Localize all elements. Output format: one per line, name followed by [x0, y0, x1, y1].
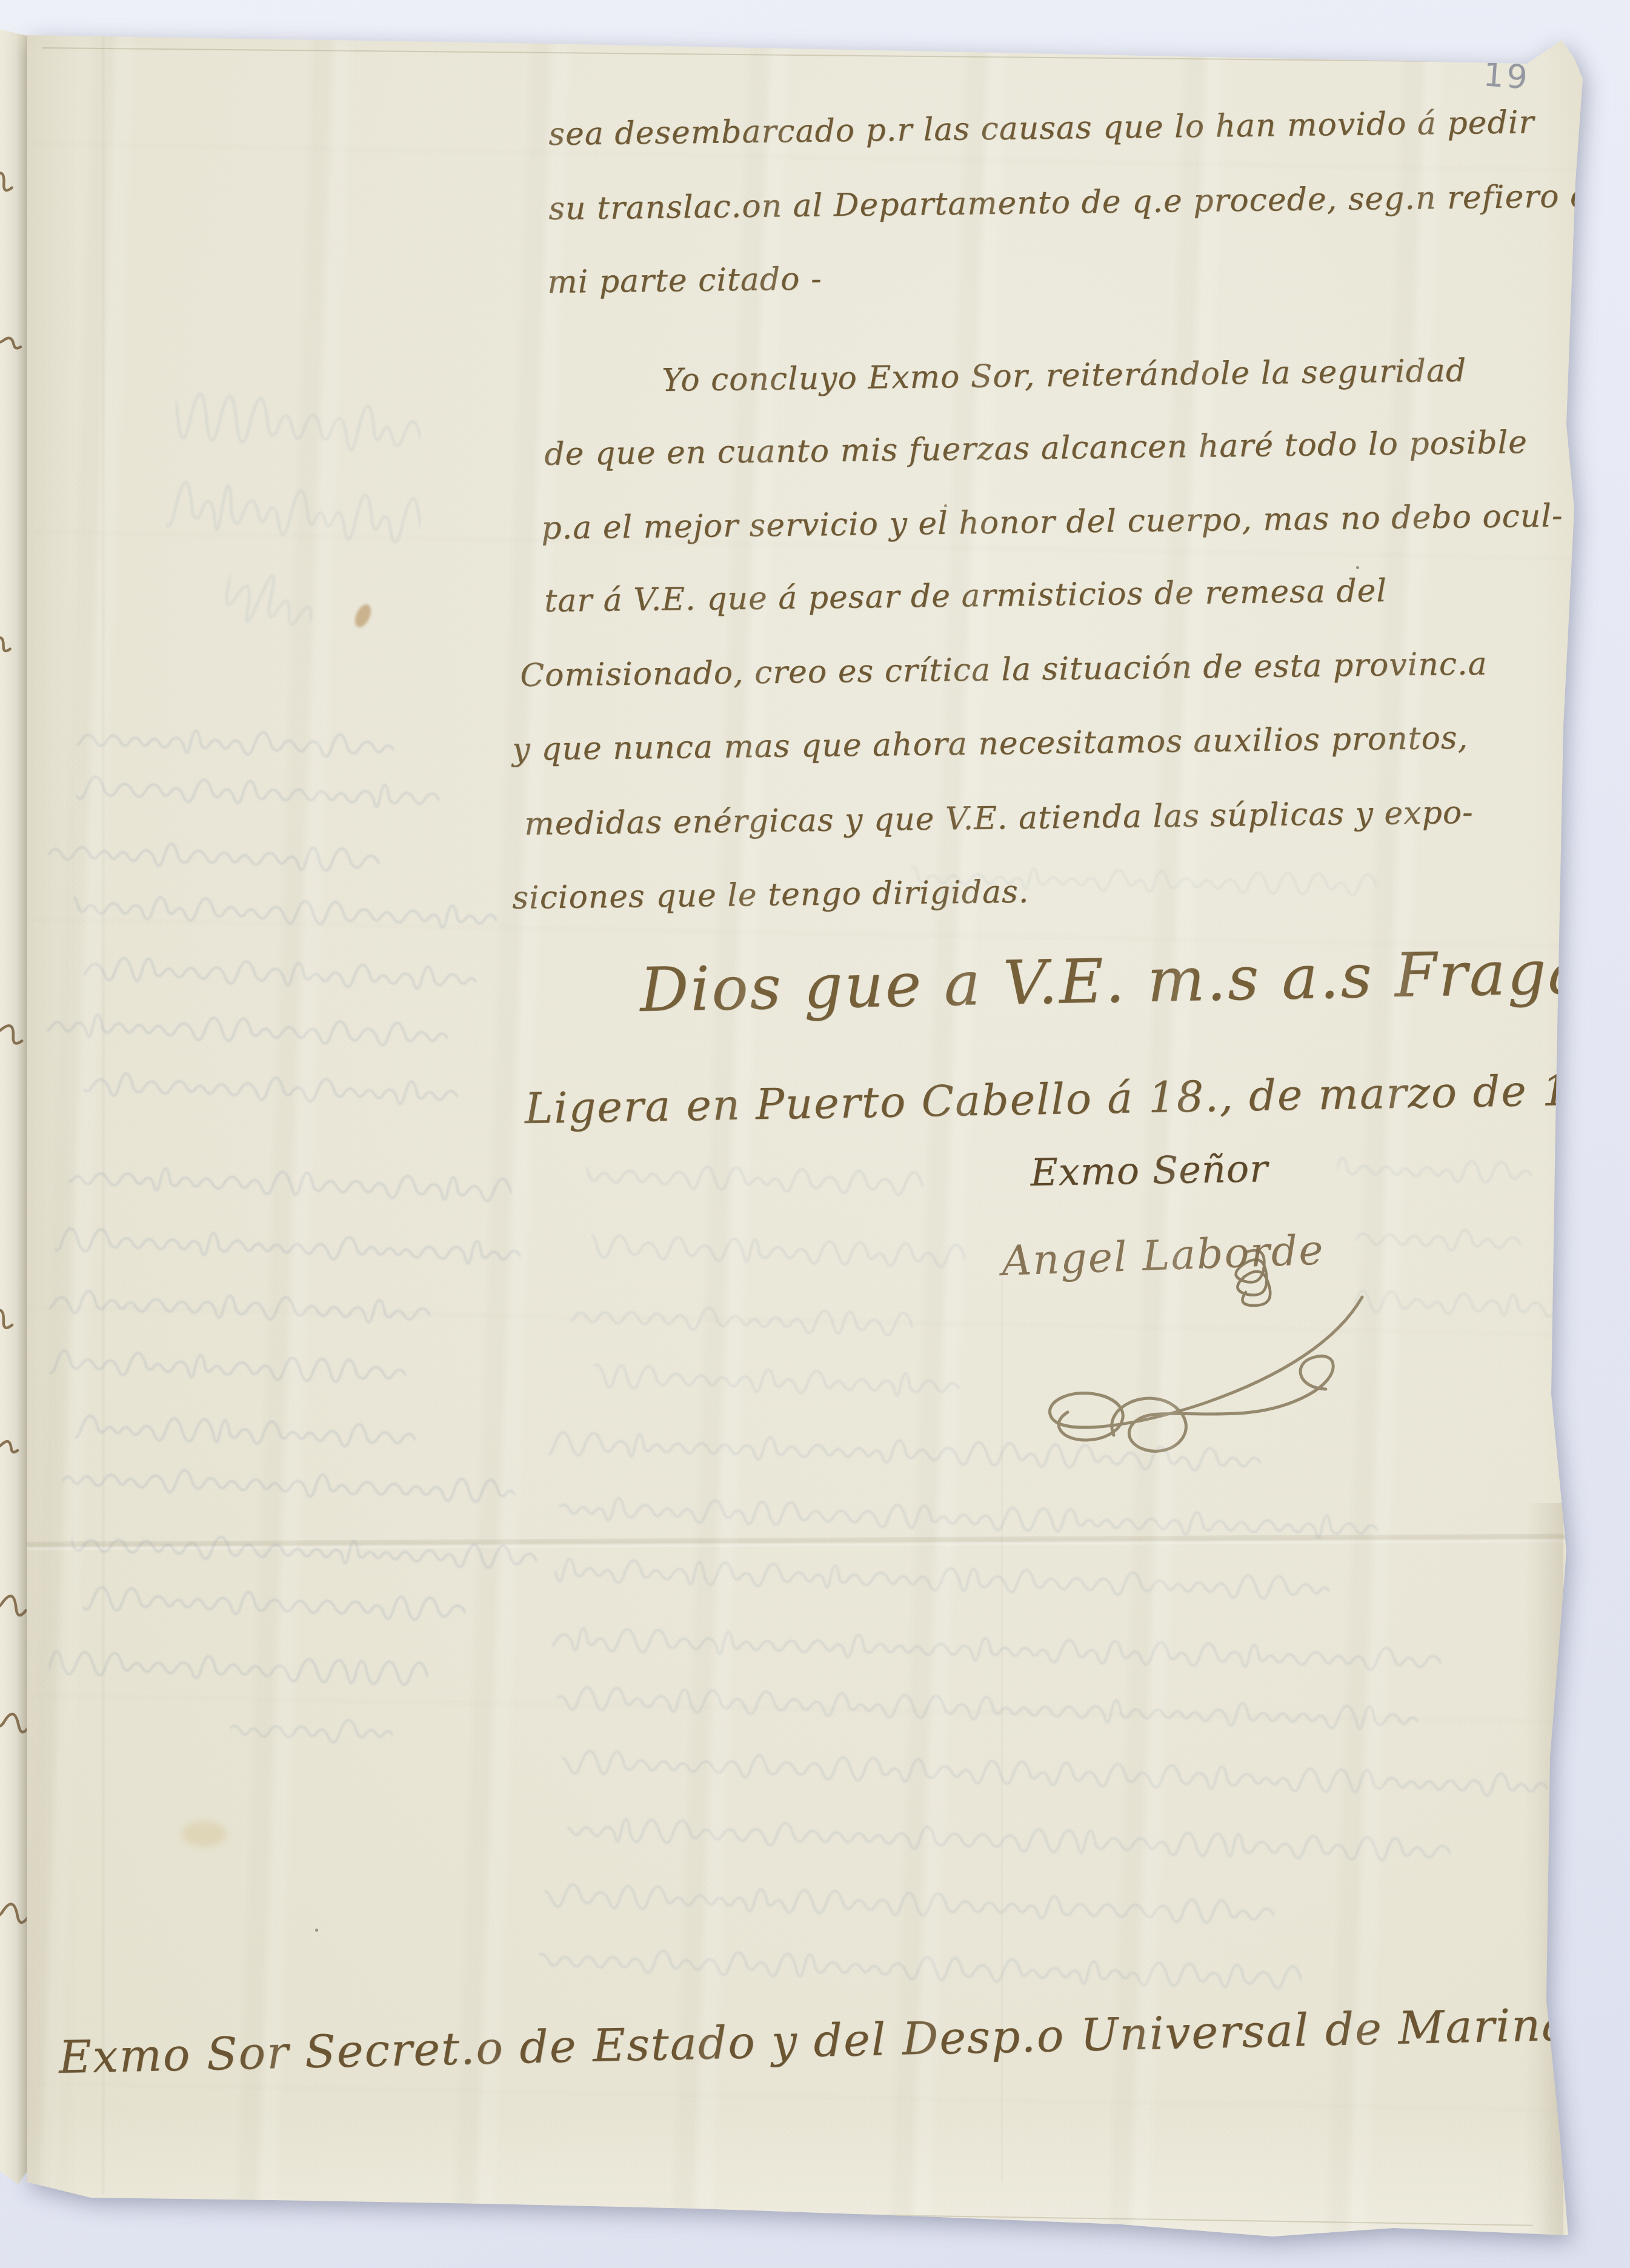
- bleedthrough-line: [55, 1215, 521, 1285]
- closing-formula-line: Dios gue a V.E. m.s a.s Fragata: [639, 935, 1630, 1026]
- page-number: 19: [1482, 55, 1531, 96]
- manuscript-line-10: medidas enérgicas y que V.E. atienda las…: [524, 795, 1474, 842]
- bleedthrough-line: [548, 1419, 1262, 1492]
- right-fold-shadow: [1515, 1503, 1563, 2236]
- bleedthrough-line: [76, 715, 394, 779]
- signature-rubric-flourish: [1023, 1291, 1386, 1461]
- manuscript-page: 19 sea desembarcado p.r las causas que l…: [0, 0, 1630, 2268]
- bleedthrough-line: [591, 1222, 966, 1287]
- bleedthrough-line: [585, 1150, 923, 1215]
- bleedthrough-line: [1337, 1146, 1532, 1202]
- bleedthrough-line: [75, 1402, 417, 1469]
- ink-speck: [694, 38, 697, 41]
- bleedthrough-line: [70, 1519, 537, 1589]
- bleedthrough-line: [230, 1706, 393, 1764]
- ink-speck: [315, 1929, 318, 1932]
- manuscript-line-2: su translac.on al Departamento de q.e pr…: [548, 178, 1611, 227]
- manuscript-line-9: y que nunca mas que ahora necesitamos au…: [512, 720, 1468, 768]
- bleedthrough-line: [62, 1453, 516, 1523]
- bleedthrough-line: [68, 1153, 512, 1222]
- horizontal-fold-crease: [24, 1533, 1575, 1551]
- bleedthrough-line: [83, 944, 477, 1010]
- bleedthrough-line: [204, 535, 330, 684]
- bleedthrough-line: [551, 1615, 1442, 1692]
- paper-fiber-stain: [352, 602, 374, 629]
- paper-stain: [182, 1821, 227, 1847]
- manuscript-line-3: mi parte citado -: [547, 261, 822, 301]
- bleedthrough-line: [538, 1935, 1302, 2009]
- manuscript-line-5: de que en cuanto mis fuerzas alcancen ha…: [544, 424, 1528, 473]
- salutation: Exmo Señor: [1030, 1146, 1268, 1195]
- manuscript-line-8: Comisionado, creo es crítica la situació…: [520, 645, 1488, 693]
- manuscript-line-7: tar á V.E. que á pesar de armisticios de…: [544, 573, 1387, 619]
- ink-speck: [1356, 566, 1359, 569]
- bleedthrough-line: [561, 1738, 1548, 1817]
- scanned-manuscript: 19 sea desembarcado p.r las causas que l…: [0, 0, 1630, 2268]
- signature-name: Angel Laborde: [1001, 1226, 1325, 1286]
- paper-wrapper: 19 sea desembarcado p.r las causas que l…: [0, 0, 1630, 2268]
- bleedthrough-line: [567, 1805, 1451, 1882]
- bleedthrough-line: [73, 882, 497, 949]
- closing-date-line: Ligera en Puerto Cabello á 18., de marzo…: [524, 1064, 1630, 1133]
- left-fold-crease: [102, 36, 108, 2194]
- bleedthrough-line: [554, 1546, 1330, 1619]
- bleedthrough-line: [556, 1674, 1419, 1750]
- paper-top-edge-line: [42, 47, 1515, 62]
- manuscript-line-6: p.a el mejor servicio y el honor del cue…: [541, 498, 1563, 547]
- bleedthrough-line: [76, 764, 440, 829]
- bleedthrough-line: [48, 827, 380, 892]
- footer-address-line: Exmo Sor Secret.o de Estado y del Desp.o…: [58, 1999, 1570, 2084]
- bleedthrough-line: [82, 1574, 467, 1641]
- bleedthrough-line: [83, 1059, 458, 1125]
- bleedthrough-line: [1355, 1215, 1522, 1271]
- paper-bottom-edge-line: [42, 2201, 1533, 2226]
- bleedthrough-line: [163, 456, 424, 584]
- bleedthrough-line: [570, 1291, 913, 1356]
- manuscript-line-11: siciones que le tengo dirigidas.: [512, 874, 1030, 916]
- manuscript-line-4: Yo concluyo Exmo Sor, reiterándole la se…: [662, 353, 1466, 399]
- bleedthrough-line: [593, 1352, 960, 1418]
- bleedthrough-line: [1354, 1279, 1574, 1336]
- bleedthrough-line: [544, 1871, 1275, 1944]
- manuscript-line-1: sea desembarcado p.r las causas que lo h…: [548, 104, 1535, 153]
- bleedthrough-line: [170, 367, 424, 495]
